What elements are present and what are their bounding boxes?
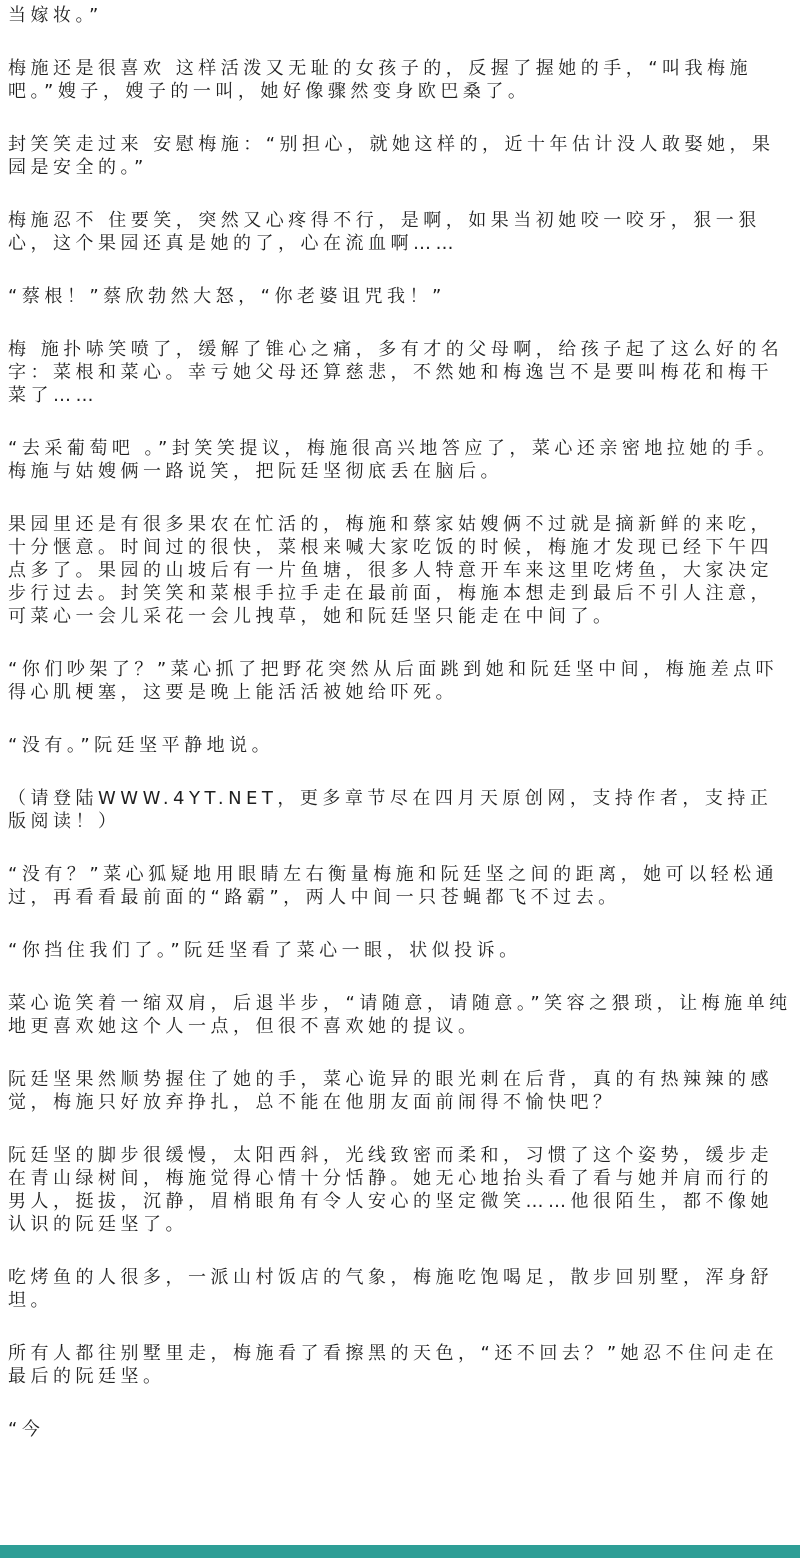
paragraph: 梅施忍不 住要笑，突然又心疼得不行，是啊，如果当初她咬一咬牙，狠一狠心，这个果园… xyxy=(8,209,792,255)
paragraph: 阮廷坚果然顺势握住了她的手，菜心诡异的眼光刺在后背，真的有热辣辣的感觉，梅施只好… xyxy=(8,1068,792,1114)
paragraph: “去采葡萄吧 。”封笑笑提议，梅施很高兴地答应了，菜心还亲密地拉她的手。梅施与姑… xyxy=(8,437,792,483)
novel-text-body: 当嫁妆。”梅施还是很喜欢 这样活泼又无耻的女孩子的，反握了握她的手，“叫我梅施吧… xyxy=(0,0,800,1441)
paragraph: “蔡根！”蔡欣勃然大怒，“你老婆诅咒我！” xyxy=(8,285,792,308)
paragraph: （请登陆WWW.4YT.NET，更多章节尽在四月天原创网，支持作者，支持正版阅读… xyxy=(8,787,792,833)
paragraph: 梅 施扑哧笑喷了，缓解了锥心之痛，多有才的父母啊，给孩子起了这么好的名字：菜根和… xyxy=(8,338,792,407)
paragraph: 果园里还是有很多果农在忙活的，梅施和蔡家姑嫂俩不过就是摘新鲜的来吃，十分惬意。时… xyxy=(8,513,792,628)
paragraph: “你挡住我们了。”阮廷坚看了菜心一眼，状似投诉。 xyxy=(8,939,792,962)
paragraph: 阮廷坚的脚步很缓慢，太阳西斜，光线致密而柔和，习惯了这个姿势，缓步走在青山绿树间… xyxy=(8,1144,792,1236)
paragraph: 吃烤鱼的人很多，一派山村饭店的气象，梅施吃饱喝足，散步回别墅，浑身舒坦。 xyxy=(8,1266,792,1312)
paragraph: “没有。”阮廷坚平静地说。 xyxy=(8,734,792,757)
footer-bar xyxy=(0,1545,800,1558)
paragraph: 当嫁妆。” xyxy=(8,4,792,27)
page: { "page": { "background": "#ffffff", "te… xyxy=(0,0,800,1558)
paragraph: “今 xyxy=(8,1418,792,1441)
paragraph: 所有人都往别墅里走，梅施看了看擦黑的天色，“还不回去？”她忍不住问走在最后的阮廷… xyxy=(8,1342,792,1388)
paragraph: 封笑笑走过来 安慰梅施：“别担心，就她这样的，近十年估计没人敢娶她，果园是安全的… xyxy=(8,133,792,179)
paragraph: “你们吵架了？”菜心抓了把野花突然从后面跳到她和阮廷坚中间，梅施差点吓得心肌梗塞… xyxy=(8,658,792,704)
paragraph: “没有？”菜心狐疑地用眼睛左右衡量梅施和阮廷坚之间的距离，她可以轻松通过，再看看… xyxy=(8,863,792,909)
paragraph: 梅施还是很喜欢 这样活泼又无耻的女孩子的，反握了握她的手，“叫我梅施吧。”嫂子，… xyxy=(8,57,792,103)
paragraph: 菜心诡笑着一缩双肩，后退半步，“请随意，请随意。”笑容之猥琐，让梅施单纯地更喜欢… xyxy=(8,992,792,1038)
